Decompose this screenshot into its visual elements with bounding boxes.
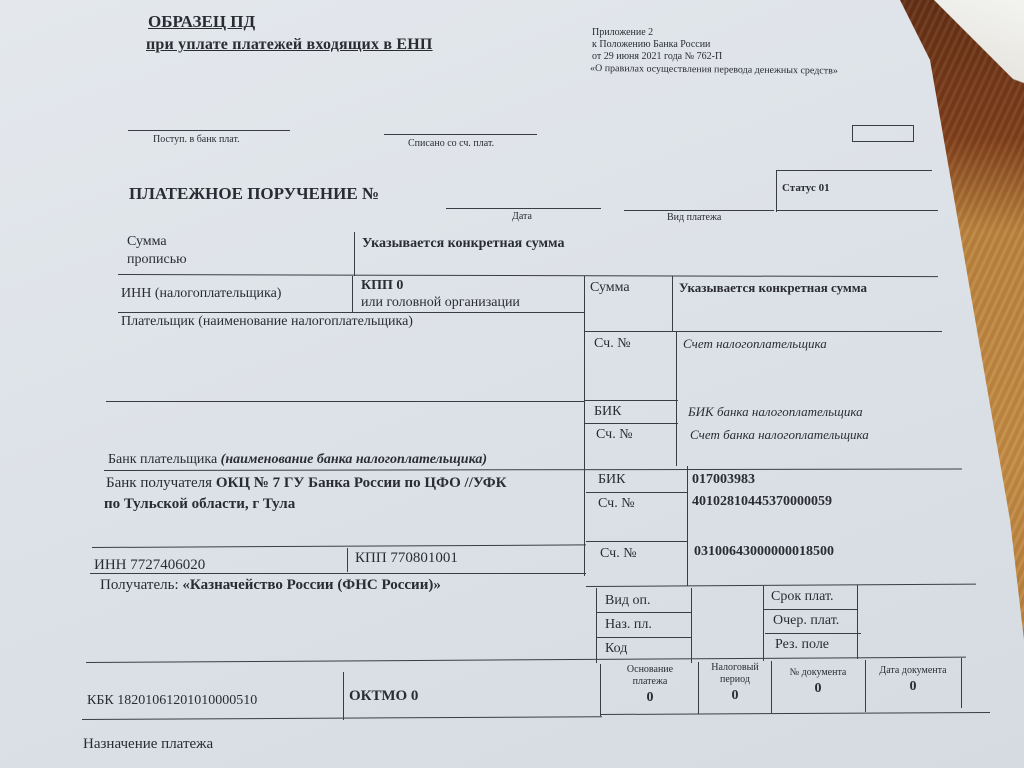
recipient-corr-account-value: 40102810445370000059 xyxy=(692,494,832,510)
recipient-account-value: 03100643000000018500 xyxy=(694,544,834,560)
recipient-bank-name: ОКЦ № 7 ГУ Банка России по ЦФО //УФК xyxy=(216,475,507,491)
appendix-line: к Положению Банка России xyxy=(592,39,710,50)
recipient-name: Получатель: «Казначейство России (ФНС Ро… xyxy=(100,577,441,594)
payer-account-label: Сч. № xyxy=(594,336,631,352)
payer-bank-value[interactable]: (наименование банка налогоплательщика) xyxy=(221,452,487,467)
doc-date-value: 0 xyxy=(866,677,960,697)
payer-kpp-value[interactable]: КПП 0 xyxy=(361,278,403,294)
payer-bik-label: БИК xyxy=(594,404,622,420)
received-label: Поступ. в банк плат. xyxy=(153,134,240,145)
recipient-bank: Банк получателя ОКЦ № 7 ГУ Банка России … xyxy=(106,475,507,492)
recipient-name-label: Получатель: xyxy=(100,577,179,593)
doc-number-label: № документа xyxy=(772,666,864,679)
payment-basis-cell: Основание платежа 0 xyxy=(604,664,696,708)
due-date-label: Срок плат. xyxy=(771,589,834,605)
recipient-bik-label: БИК xyxy=(598,472,626,488)
order-title: ПЛАТЕЖНОЕ ПОРУЧЕНИЕ № xyxy=(129,184,379,204)
form-code-box xyxy=(852,125,914,142)
amount-words-label-1: Сумма xyxy=(127,234,167,250)
status-field: Статус 01 xyxy=(782,182,830,194)
doc-date-cell: Дата документа 0 xyxy=(866,664,960,697)
payment-type-label: Вид платежа xyxy=(667,212,721,223)
payer-bank-account-label: Сч. № xyxy=(596,427,633,443)
op-type-label: Вид оп. xyxy=(605,593,650,609)
appendix-line: Приложение 2 xyxy=(592,27,653,38)
tax-period-label-2: период xyxy=(700,674,770,686)
recipient-kpp: КПП 770801001 xyxy=(355,550,458,567)
amount-words-value[interactable]: Указывается конкретная сумма xyxy=(362,236,565,252)
payer-inn-label[interactable]: ИНН (налогоплательщика) xyxy=(121,286,281,302)
payer-account-value[interactable]: Счет налогоплательщика xyxy=(683,336,827,352)
payment-purpose-label: Назначение платежа xyxy=(83,736,213,753)
payer-kpp-note: или головной организации xyxy=(361,295,520,311)
appendix-line: «О правилах осуществления перевода денеж… xyxy=(590,63,838,77)
amount-label: Сумма xyxy=(590,280,630,296)
date-label: Дата xyxy=(512,211,532,222)
recipient-bank-city: по Тульской области, г Тула xyxy=(104,496,295,513)
recipient-inn: ИНН 7727406020 xyxy=(94,557,205,574)
priority-label: Очер. плат. xyxy=(773,613,839,629)
oktmo-field: ОКТМО 0 xyxy=(349,688,418,705)
sample-title: ОБРАЗЕЦ ПД xyxy=(148,12,255,32)
tax-period-label-1: Налоговый xyxy=(700,662,770,674)
doc-number-cell: № документа 0 xyxy=(772,666,864,699)
payment-type-field[interactable] xyxy=(624,210,774,211)
recipient-name-value: «Казначейство России (ФНС России)» xyxy=(182,577,440,593)
amount-value[interactable]: Указывается конкретная сумма xyxy=(679,280,867,296)
recipient-corr-account-label: Сч. № xyxy=(598,496,635,512)
appendix-line: от 29 июня 2021 года № 762-П xyxy=(592,51,722,62)
reserved-label: Рез. поле xyxy=(775,637,829,653)
sample-subtitle: при уплате платежей входящих в ЕНП xyxy=(146,36,433,54)
tax-period-value: 0 xyxy=(700,686,770,706)
payment-basis-label-2: платежа xyxy=(604,676,696,688)
payment-basis-label-1: Основание xyxy=(604,664,696,676)
payer-bank-label: Банк плательщика (наименование банка нал… xyxy=(108,452,487,468)
payment-basis-value: 0 xyxy=(604,688,696,708)
recipient-account-label: Сч. № xyxy=(600,546,637,562)
amount-words-label-2: прописью xyxy=(127,252,187,268)
recipient-bank-label: Банк получателя xyxy=(106,475,212,491)
code-label: Код xyxy=(605,641,627,657)
payment-order-sheet: ОБРАЗЕЦ ПД при уплате платежей входящих … xyxy=(0,0,1024,768)
payer-bank-label-text: Банк плательщика xyxy=(108,452,217,467)
doc-number-value: 0 xyxy=(772,679,864,699)
recipient-bik-value: 017003983 xyxy=(692,472,755,488)
payer-label: Плательщик (наименование налогоплательщи… xyxy=(121,314,413,330)
kbk-field: КБК 18201061201010000510 xyxy=(87,693,257,709)
purpose-code-label: Наз. пл. xyxy=(605,617,652,633)
date-field[interactable] xyxy=(446,208,601,209)
doc-date-label: Дата документа xyxy=(866,664,960,677)
debited-label: Списано со сч. плат. xyxy=(408,138,494,149)
tax-period-cell: Налоговый период 0 xyxy=(700,662,770,706)
payer-bank-account-value[interactable]: Счет банка налогоплательщика xyxy=(690,427,869,443)
payer-bik-value[interactable]: БИК банка налогоплательщика xyxy=(688,404,863,420)
